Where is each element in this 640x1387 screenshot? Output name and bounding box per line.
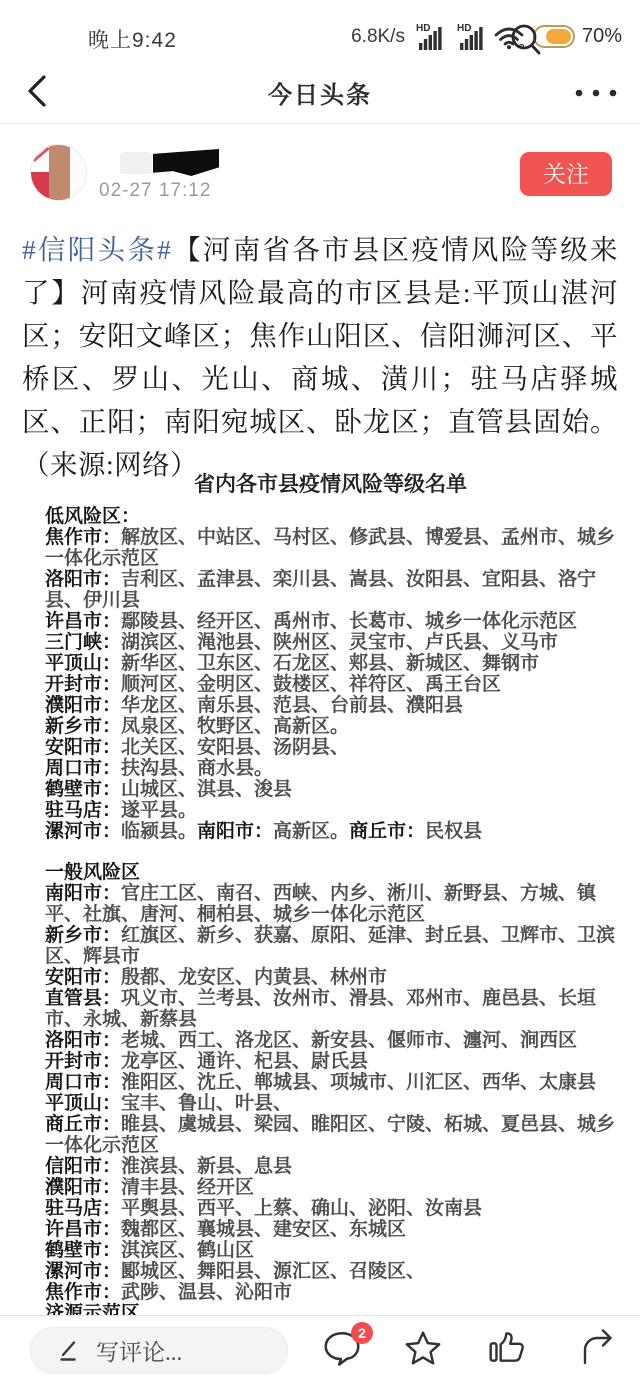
article-text: #信阳头条#【河南省各市县区疫情风险等级来了】河南疫情风险最高的市区县是:平顶山… — [22, 228, 618, 486]
risk-entry: 周口市：淮阳区、沈丘、郸城县、项城市、川汇区、西华、太康县 — [45, 1072, 616, 1093]
risk-entry: 洛阳市：老城、西工、洛龙区、新安县、偃师市、瀍河、涧西区 — [45, 1030, 616, 1051]
risk-entry: 漯河市：郾城区、舞阳县、源汇区、召陵区、 — [45, 1261, 616, 1282]
risk-entry: 南阳市：官庄工区、南召、西峡、内乡、淅川、新野县、方城、镇平、社旗、唐河、桐柏县… — [45, 883, 616, 925]
status-icons: 6.8K/s HD HD — [351, 22, 622, 51]
risk-section: 一般风险区南阳市：官庄工区、南召、西峡、内乡、淅川、新野县、方城、镇平、社旗、唐… — [45, 862, 616, 1324]
network-speed: 6.8K/s — [351, 26, 405, 48]
risk-entry: 洛阳市：吉利区、孟津县、栾川县、嵩县、汝阳县、宜阳县、洛宁县、伊川县 — [45, 569, 616, 611]
follow-button[interactable]: 关注 — [520, 152, 612, 196]
toutiao-article-screen: 晚上9:42 6.8K/s HD HD — [0, 0, 640, 1387]
battery-percent: 70% — [582, 25, 622, 48]
cellular-signal-icon: HD — [412, 22, 446, 51]
star-icon[interactable] — [404, 1329, 442, 1367]
risk-entry: 驻马店：遂平县。 — [45, 800, 616, 821]
avatar[interactable] — [30, 144, 87, 201]
risk-entry: 新乡市：凤泉区、牧野区、高新区。 — [45, 716, 616, 737]
username-redaction — [153, 149, 219, 176]
pencil-icon — [57, 1338, 83, 1364]
risk-entry: 平顶山：宝丰、鲁山、叶县、 — [45, 1093, 616, 1114]
avatar-censor-patch — [49, 144, 70, 201]
more-icon[interactable] — [572, 88, 622, 98]
post-header: 02-27 17:12 关注 — [0, 142, 640, 220]
comment-placeholder: 写评论... — [96, 1334, 182, 1367]
search-icon[interactable] — [508, 20, 544, 58]
avatar-red-line — [33, 147, 50, 162]
risk-entry: 濮阳市：华龙区、南乐县、范县、台前县、濮阳县 — [45, 695, 616, 716]
risk-entry: 鹤壁市：淇滨区、鹤山区 — [45, 1240, 616, 1261]
risk-entry: 开封市：顺河区、金明区、鼓楼区、祥符区、禹王台区 — [45, 674, 616, 695]
risk-list-title: 省内各市县疫情风险等级名单 — [45, 472, 616, 498]
thumbs-up-icon[interactable] — [487, 1329, 527, 1365]
cellular-signal-icon-2: HD — [453, 22, 487, 51]
risk-section: 低风险区：焦作市：解放区、中站区、马村区、修武县、博爱县、孟州市、城乡一体化示范… — [45, 506, 616, 842]
risk-entry: 安阳市：殷都、龙安区、内黄县、林州市 — [45, 967, 616, 988]
risk-entry: 商丘市：睢县、虞城县、梁园、睢阳区、宁陵、柘城、夏邑县、城乡一体化示范区 — [45, 1114, 616, 1156]
risk-entry: 漯河市：临颍县。南阳市：高新区。商丘市：民权县 — [45, 821, 616, 842]
risk-entry: 直管县：巩义市、兰考县、汝州市、滑县、邓州市、鹿邑县、长垣市、永城、新蔡县 — [45, 988, 616, 1030]
risk-entry: 信阳市：淮滨县、新县、息县 — [45, 1156, 616, 1177]
risk-entry: 焦作市：解放区、中站区、马村区、修武县、博爱县、孟州市、城乡一体化示范区 — [45, 527, 616, 569]
risk-entry: 三门峡：湖滨区、渑池县、陕州区、灵宝市、卢氏县、义马市 — [45, 632, 616, 653]
risk-entry: 安阳市：北关区、安阳县、汤阴县、 — [45, 737, 616, 758]
risk-entry: 许昌市：魏都区、襄城县、建安区、东城区 — [45, 1219, 616, 1240]
clock: 晚上9:42 — [88, 24, 177, 54]
status-bar: 晚上9:42 6.8K/s HD HD — [0, 0, 640, 58]
battery-fill — [546, 29, 571, 44]
nav-bar: 今日头条 — [0, 58, 640, 124]
username-blur-patch — [120, 152, 152, 174]
comment-input[interactable]: 写评论... — [30, 1327, 288, 1374]
risk-entry: 濮阳市：清丰县、经开区 — [45, 1177, 616, 1198]
risk-list-image: 省内各市县疫情风险等级名单 低风险区：焦作市：解放区、中站区、马村区、修武县、博… — [0, 472, 640, 1324]
hashtag-link[interactable]: #信阳头条# — [22, 234, 171, 265]
risk-section-heading: 一般风险区 — [45, 862, 616, 883]
post-timestamp: 02-27 17:12 — [99, 180, 211, 202]
svg-text:HD: HD — [416, 23, 430, 34]
risk-entry: 焦作市：武陟、温县、沁阳市 — [45, 1282, 616, 1303]
risk-entry: 新乡市：红旗区、新乡、获嘉、原阳、延津、封丘县、卫辉市、卫滨区、辉县市 — [45, 925, 616, 967]
comment-count-badge: 2 — [351, 1322, 373, 1344]
bottom-action-bar: 写评论... 2 — [0, 1315, 640, 1387]
forward-arrow-icon[interactable] — [578, 1329, 620, 1366]
risk-list-sections: 低风险区：焦作市：解放区、中站区、马村区、修武县、博爱县、孟州市、城乡一体化示范… — [45, 506, 616, 1324]
risk-entry: 鹤壁市：山城区、淇县、浚县 — [45, 779, 616, 800]
article-body-text: 【河南省各市县区疫情风险等级来了】河南疫情风险最高的市区县是:平顶山湛河区；安阳… — [22, 234, 618, 480]
risk-entry: 驻马店：平舆县、西平、上蔡、确山、泌阳、汝南县 — [45, 1198, 616, 1219]
risk-entry: 开封市：龙亭区、通许、杞县、尉氏县 — [45, 1051, 616, 1072]
risk-section-heading: 低风险区： — [45, 506, 616, 527]
risk-entry: 平顶山：新华区、卫东区、石龙区、郏县、新城区、舞钢市 — [45, 653, 616, 674]
risk-entry: 周口市：扶沟县、商水县。 — [45, 758, 616, 779]
risk-entry: 许昌市：鄢陵县、经开区、禹州市、长葛市、城乡一体化示范区 — [45, 611, 616, 632]
app-title: 今日头条 — [0, 75, 640, 110]
svg-text:HD: HD — [457, 23, 471, 34]
